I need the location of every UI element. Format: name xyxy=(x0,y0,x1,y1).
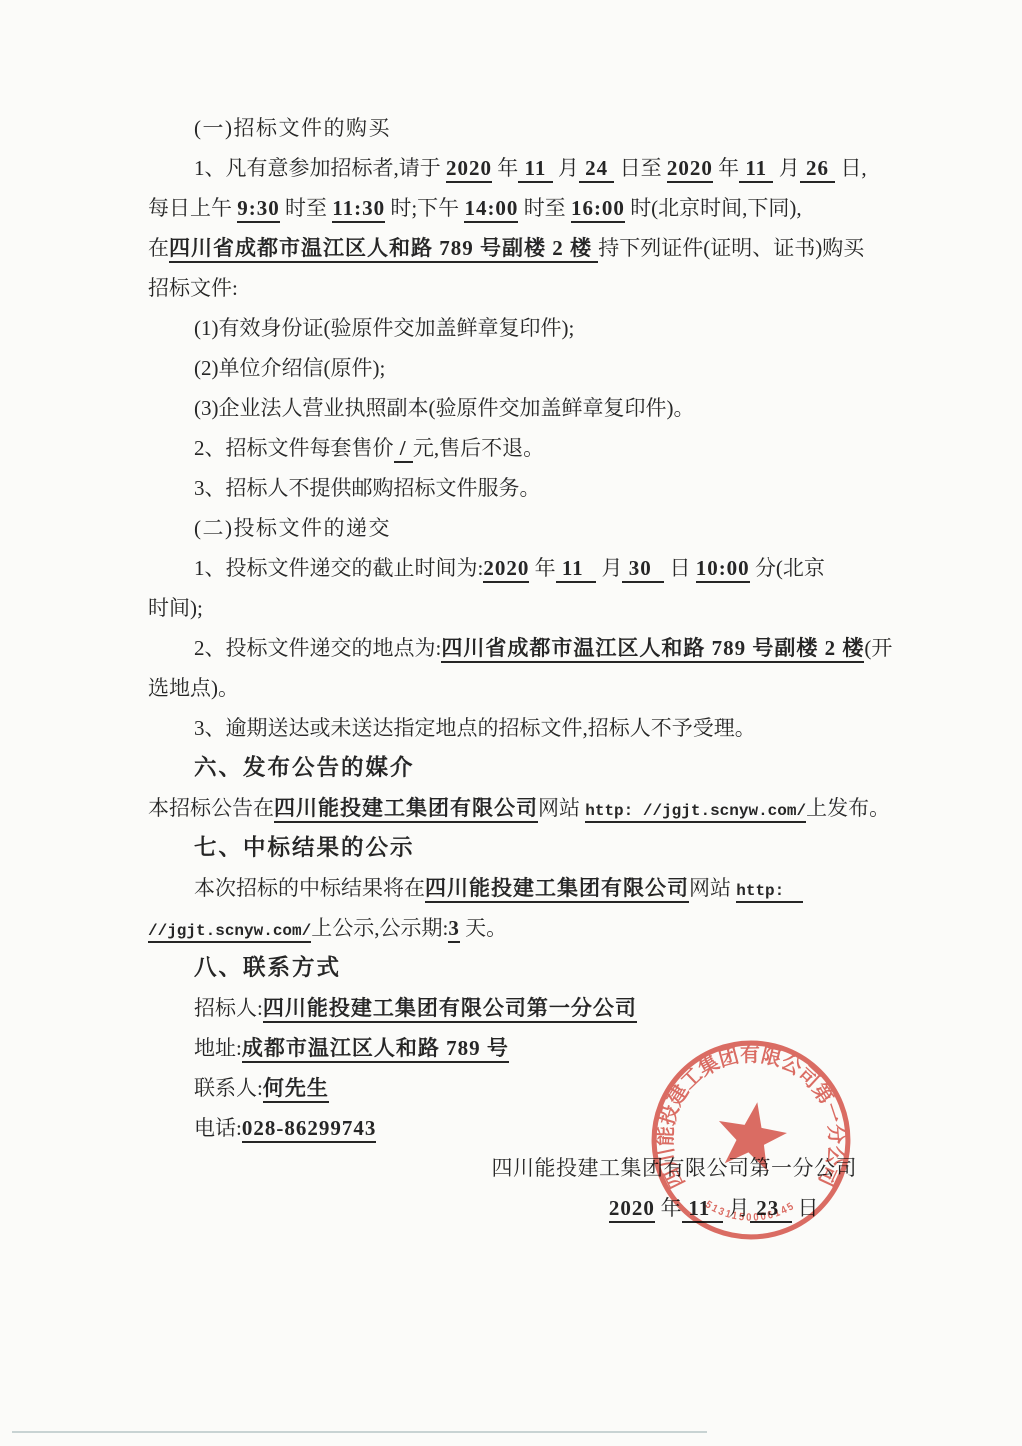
document-body: (一)招标文件的购买1、凡有意参加招标者,请于 2020 年 11 月 24 日… xyxy=(148,108,884,1228)
text-run: 六、发布公告的媒介 xyxy=(194,755,415,780)
text-run: 14:00 xyxy=(464,196,518,223)
paragraph: 2、投标文件递交的地点为:四川省成都市温江区人和路 789 号副楼 2 楼(开 xyxy=(148,628,884,668)
text-run: 电话: xyxy=(194,1116,242,1140)
text-run: 天。 xyxy=(460,916,507,940)
text-run: 四川能投建工集团有限公司 xyxy=(274,796,538,823)
paragraph: (3)企业法人营业执照副本(验原件交加盖鲜章复印件)。 xyxy=(148,388,884,428)
text-run: 每日上午 xyxy=(148,196,237,220)
text-run: 23 xyxy=(750,1196,792,1223)
text-run: 持下列证件(证明、证书)购买 xyxy=(598,236,864,260)
text-run: 11 xyxy=(682,1196,723,1223)
text-run: 成都市温江区人和路 789 号 xyxy=(242,1036,509,1063)
text-run: 在 xyxy=(148,236,169,260)
text-run: 上公示,公示期: xyxy=(311,916,448,940)
text-run: (1)有效身份证(验原件交加盖鲜章复印件); xyxy=(194,316,574,340)
text-run: 11 xyxy=(518,156,552,183)
text-run: 四川能投建工集团有限公司 xyxy=(425,876,689,903)
text-run: 月 xyxy=(723,1196,750,1220)
text-run: (二)投标文件的递交 xyxy=(194,516,391,540)
signature-company: 四川能投建工集团有限公司第一分公司 xyxy=(148,1148,884,1188)
text-run: 3、逾期送达或未送达指定地点的招标文件,招标人不予受理。 xyxy=(194,716,756,740)
text-run: 11:30 xyxy=(332,196,385,223)
text-run: (2)单位介绍信(原件); xyxy=(194,356,385,380)
paragraph: 联系人:何先生 xyxy=(148,1068,884,1108)
text-run: 招标文件: xyxy=(148,276,238,300)
text-run: 元,售后不退。 xyxy=(413,436,544,460)
text-run: 八、联系方式 xyxy=(194,955,341,980)
text-run: 日至 xyxy=(614,156,667,180)
text-run: 月 xyxy=(553,156,579,180)
text-run: 年 xyxy=(529,556,555,580)
text-run: 招标人: xyxy=(194,996,263,1020)
text-run: 日 xyxy=(664,556,696,580)
paragraph: 1、投标文件递交的截止时间为:2020 年 11 月 30 日 10:00 分(… xyxy=(148,548,884,588)
document-page: (一)招标文件的购买1、凡有意参加招标者,请于 2020 年 11 月 24 日… xyxy=(0,0,1022,1446)
text-run: 年 xyxy=(492,156,518,180)
text-run: 2020 xyxy=(609,1196,655,1223)
text-run: 2020 xyxy=(483,556,529,583)
text-run: 日, xyxy=(835,156,867,180)
text-run: 何先生 xyxy=(263,1076,329,1103)
text-run: 地址: xyxy=(194,1036,242,1060)
text-run: 分(北京 xyxy=(750,556,825,580)
text-run: 网站 xyxy=(689,876,736,900)
text-run: 七、中标结果的公示 xyxy=(194,835,415,860)
paragraph: 地址:成都市温江区人和路 789 号 xyxy=(148,1028,884,1068)
paragraph: (2)单位介绍信(原件); xyxy=(148,348,884,388)
text-run: 26 xyxy=(800,156,836,183)
text-run: 时(北京时间,下同), xyxy=(625,196,802,220)
text-run: 时;下午 xyxy=(385,196,464,220)
text-run: 年 xyxy=(655,1196,682,1220)
text-run: 月 xyxy=(596,556,622,580)
text-run: 联系人: xyxy=(194,1076,263,1100)
paragraph: 时间); xyxy=(148,588,884,628)
text-run: 3、招标人不提供邮购招标文件服务。 xyxy=(194,476,541,500)
text-run: (3)企业法人营业执照副本(验原件交加盖鲜章复印件)。 xyxy=(194,396,694,420)
text-run: 四川能投建工集团有限公司第一分公司 xyxy=(263,996,637,1023)
text-run: 上发布。 xyxy=(806,796,890,820)
scan-artifact-line xyxy=(12,1431,707,1433)
paragraph: //jgjt.scnyw.com/上公示,公示期:3 天。 xyxy=(148,908,884,948)
text-run: 月 xyxy=(773,156,799,180)
text-run: 11 xyxy=(556,556,597,583)
text-run: 3 xyxy=(448,916,460,943)
section-heading-result: 七、中标结果的公示 xyxy=(148,828,884,868)
text-run: 24 xyxy=(579,156,615,183)
text-run: http: //jgjt.scnyw.com/ xyxy=(585,802,806,823)
text-run: (开 xyxy=(864,636,892,660)
text-run: / xyxy=(394,436,413,463)
text-run: 9:30 xyxy=(237,196,280,223)
text-run: 2020 xyxy=(446,156,492,183)
text-run: 四川省成都市温江区人和路 789 号副楼 2 楼 xyxy=(441,636,864,663)
text-run: 2、投标文件递交的地点为: xyxy=(194,636,441,660)
text-run: //jgjt.scnyw.com/ xyxy=(148,922,311,943)
paragraph: (1)有效身份证(验原件交加盖鲜章复印件); xyxy=(148,308,884,348)
paragraph: 1、凡有意参加招标者,请于 2020 年 11 月 24 日至 2020 年 1… xyxy=(148,148,884,188)
section-heading-submission: (二)投标文件的递交 xyxy=(148,508,884,548)
section-heading-purchase: (一)招标文件的购买 xyxy=(148,108,884,148)
text-run: 10:00 xyxy=(696,556,750,583)
paragraph: 本次招标的中标结果将在四川能投建工集团有限公司网站 http: xyxy=(148,868,884,908)
text-run: 11 xyxy=(739,156,773,183)
paragraph: 3、逾期送达或未送达指定地点的招标文件,招标人不予受理。 xyxy=(148,708,884,748)
text-run: 本次招标的中标结果将在 xyxy=(194,876,425,900)
signature-date: 2020 年 11 月 23 日 xyxy=(148,1188,884,1228)
paragraph: 招标文件: xyxy=(148,268,884,308)
text-run: 2020 xyxy=(667,156,713,183)
text-run: 年 xyxy=(713,156,739,180)
text-run: 时至 xyxy=(280,196,333,220)
text-run: 时间); xyxy=(148,596,203,620)
text-run: 1、凡有意参加招标者,请于 xyxy=(194,156,446,180)
text-run: 028-86299743 xyxy=(242,1116,377,1143)
text-run: 1、投标文件递交的截止时间为: xyxy=(194,556,483,580)
paragraph: 每日上午 9:30 时至 11:30 时;下午 14:00 时至 16:00 时… xyxy=(148,188,884,228)
paragraph: 选地点)。 xyxy=(148,668,884,708)
text-run: 30 xyxy=(622,556,664,583)
text-run: 时至 xyxy=(518,196,571,220)
text-run: (一)招标文件的购买 xyxy=(194,116,391,140)
text-run: 本招标公告在 xyxy=(148,796,274,820)
section-heading-media: 六、发布公告的媒介 xyxy=(148,748,884,788)
text-run: http: xyxy=(736,882,803,903)
text-run: 四川能投建工集团有限公司第一分公司 xyxy=(492,1156,858,1180)
paragraph: 电话:028-86299743 xyxy=(148,1108,884,1148)
text-run: 日 xyxy=(792,1196,819,1220)
text-run: 四川省成都市温江区人和路 789 号副楼 2 楼 xyxy=(169,236,598,263)
paragraph: 招标人:四川能投建工集团有限公司第一分公司 xyxy=(148,988,884,1028)
text-run: 网站 xyxy=(538,796,585,820)
paragraph: 本招标公告在四川能投建工集团有限公司网站 http: //jgjt.scnyw.… xyxy=(148,788,884,828)
text-run: 选地点)。 xyxy=(148,676,239,700)
text-run: 2、招标文件每套售价 xyxy=(194,436,394,460)
paragraph: 3、招标人不提供邮购招标文件服务。 xyxy=(148,468,884,508)
paragraph: 在四川省成都市温江区人和路 789 号副楼 2 楼 持下列证件(证明、证书)购买 xyxy=(148,228,884,268)
section-heading-contact: 八、联系方式 xyxy=(148,948,884,988)
paragraph: 2、招标文件每套售价 / 元,售后不退。 xyxy=(148,428,884,468)
text-run: 16:00 xyxy=(571,196,625,223)
